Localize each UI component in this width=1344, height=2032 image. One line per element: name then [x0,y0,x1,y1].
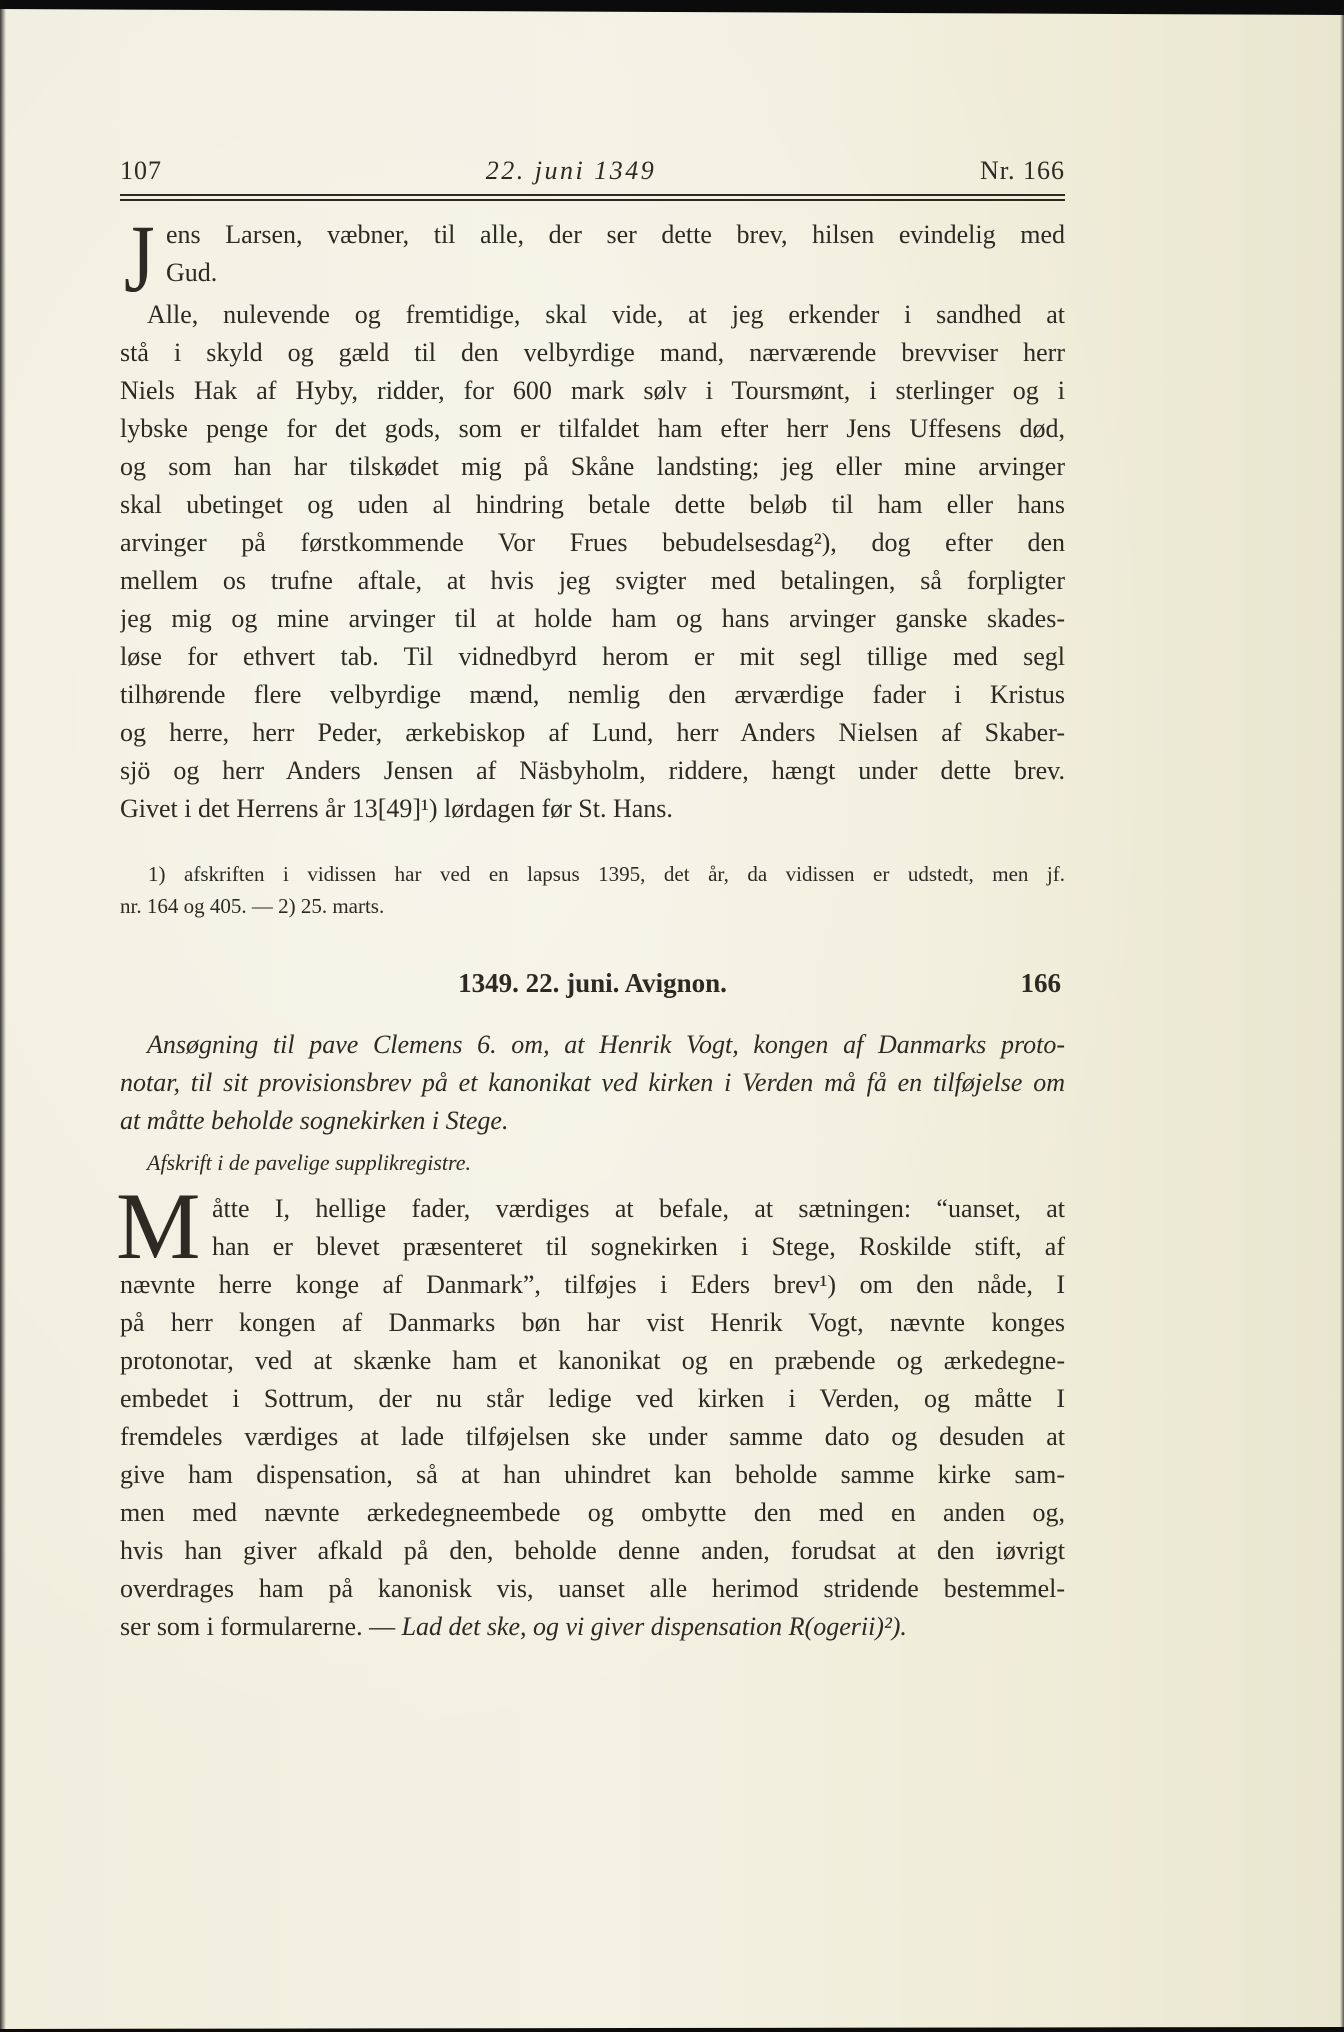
text-line: mellem os trufne aftale, at hvis jeg svi… [120,562,1065,600]
entry-165-body: Alle, nulevende og fremtidige, skal vide… [120,296,1065,828]
text-line: Gud. [120,254,1065,292]
text-line: embedet i Sottrum, der nu står ledige ve… [120,1380,1065,1418]
text-line: ser som i formularerne. — Lad det ske, o… [120,1608,1065,1646]
text-line: skal ubetinget og uden al hindring betal… [120,486,1065,524]
text-line: løse for ethvert tab. Til vidnedbyrd her… [120,638,1065,676]
running-header: 107 22. juni 1349 Nr. 166 [120,156,1065,186]
text-line: og herre, herr Peder, ærkebiskop af Lund… [120,714,1065,752]
summary-line: notar, til sit provisionsbrev på et kano… [120,1064,1065,1102]
scanned-book-page: 107 22. juni 1349 Nr. 166 J ens Larsen, … [0,0,1344,2032]
text-line: Niels Hak af Hyby, ridder, for 600 mark … [120,372,1065,410]
dropcap-j: J [124,211,155,307]
text-line: sjö og herr Anders Jensen af Näsbyholm, … [120,752,1065,790]
text-line: han er blevet præsenteret til sognekirke… [120,1228,1065,1266]
text-line: tilhørende flere velbyrdige mænd, nemlig… [120,676,1065,714]
page-number: 107 [120,156,162,186]
text-line: fremdeles værdiges at lade tilføjelsen s… [120,1418,1065,1456]
final-line-plain: ser som i formularerne. — [120,1612,402,1641]
text-line: ens Larsen, væbner, til alle, der ser de… [120,216,1065,254]
header-double-rule [120,194,1065,201]
scan-edge-right [1340,0,1344,2032]
running-header-date: 22. juni 1349 [486,156,656,186]
dropcap-m: M [116,1179,200,1274]
entry-166-body: M åtte I, hellige fader, værdiges at bef… [120,1190,1065,1646]
entry-166-heading: 1349. 22. juni. Avignon. [458,968,727,998]
scan-edge-top [0,0,1344,16]
entry-165-footnote: 1) afskriften i vidissen har ved en laps… [120,858,1065,922]
footnote-line: nr. 164 og 405. — 2) 25. marts. [120,890,1065,922]
entry-166-summary: Ansøgning til pave Clemens 6. om, at Hen… [120,1026,1065,1140]
text-line: jeg mig og mine arvinger til at holde ha… [120,600,1065,638]
entry-166-heading-row: 1349. 22. juni. Avignon. 166 [120,968,1065,999]
footnote-line: 1) afskriften i vidissen har ved en laps… [120,858,1065,890]
summary-line: Ansøgning til pave Clemens 6. om, at Hen… [120,1026,1065,1064]
entry-165-opening: J ens Larsen, væbner, til alle, der ser … [120,216,1065,292]
text-line: nævnte herre konge af Danmark”, tilføjes… [120,1266,1065,1304]
text-line: arvinger på førstkommende Vor Frues bebu… [120,524,1065,562]
header-doc-number: Nr. 166 [980,156,1065,186]
text-line: hvis han giver afkald på den, beholde de… [120,1532,1065,1570]
entry-166-number: 166 [1021,968,1062,999]
text-line: på herr kongen af Danmarks bøn har vist … [120,1304,1065,1342]
scan-edge-left [0,0,6,2032]
final-line-italic: Lad det ske, og vi giver dispensation R(… [402,1612,907,1641]
text-line: og som han har tilskødet mig på Skåne la… [120,448,1065,486]
text-line: åtte I, hellige fader, værdiges at befal… [120,1190,1065,1228]
source-note: Afskrift i de pavelige supplikregistre. [120,1148,1065,1178]
text-line: overdrages ham på kanonisk vis, uanset a… [120,1570,1065,1608]
text-line: men med nævnte ærkedegneembede og ombytt… [120,1494,1065,1532]
text-line: protonotar, ved at skænke ham et kanonik… [120,1342,1065,1380]
text-line: give ham dispensation, så at han uhindre… [120,1456,1065,1494]
text-line: Givet i det Herrens år 13[49]¹) lørdagen… [120,790,1065,828]
scan-edge-bottom [0,2026,1344,2032]
summary-line: at måtte beholde sognekirken i Stege. [120,1102,1065,1140]
text-line: Alle, nulevende og fremtidige, skal vide… [120,296,1065,334]
text-line: lybske penge for det gods, som er tilfal… [120,410,1065,448]
text-line: stå i skyld og gæld til den velbyrdige m… [120,334,1065,372]
